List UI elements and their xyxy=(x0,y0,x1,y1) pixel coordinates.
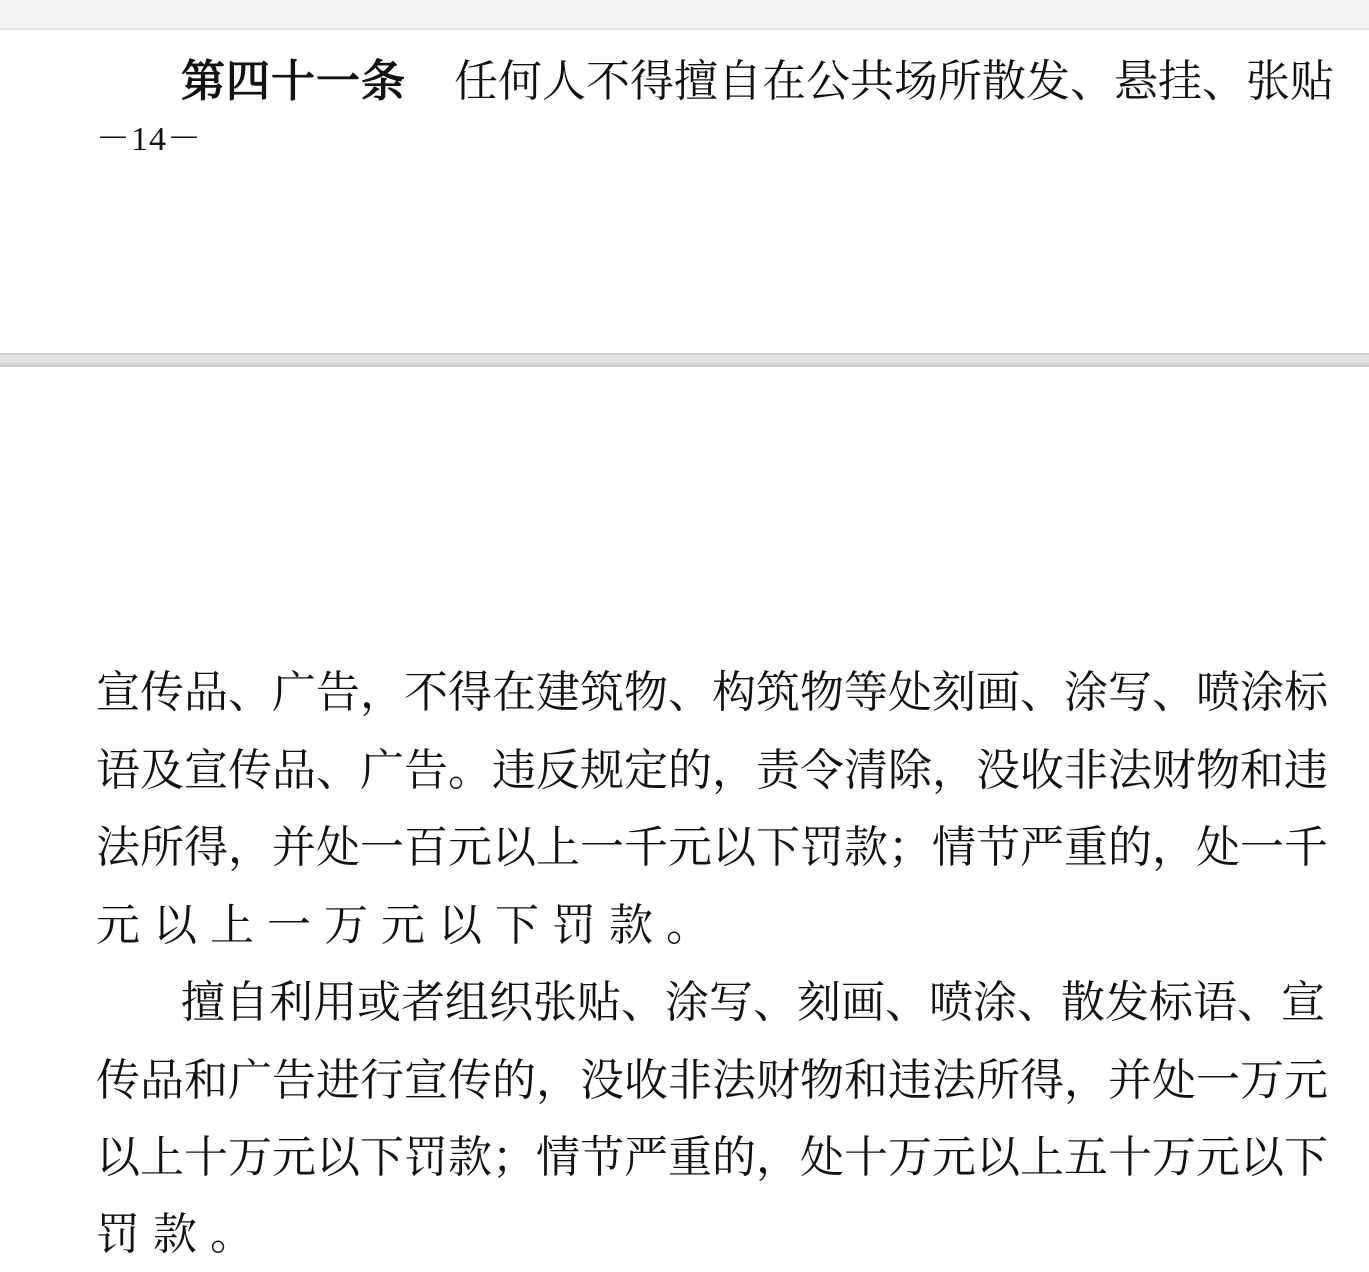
article-heading-line: 第四十一条 任何人不得擅自在公共场所散发、悬挂、张贴 xyxy=(181,52,1302,112)
paragraph-1-line-3: 法所得，并处一百元以上一千元以下罚款；情节严重的，处一千 xyxy=(96,818,1302,878)
document-page-next: 宣传品、广告，不得在建筑物、构筑物等处刻画、涂写、喷涂标 语及宣传品、广告。违反… xyxy=(0,367,1369,1272)
paragraph-2-line-4: 罚款。 xyxy=(96,1205,1302,1265)
paragraph-2-line-1: 擅自利用或者组织张贴、涂写、刻画、喷涂、散发标语、宣 xyxy=(181,973,1302,1033)
paragraph-1-line-2: 语及宣传品、广告。违反规定的，责令清除，没收非法财物和违 xyxy=(96,741,1302,801)
article-number: 第四十一条 xyxy=(181,52,406,112)
paragraph-2-line-3: 以上十万元以下罚款；情节严重的，处十万元以上五十万元以下 xyxy=(96,1128,1302,1188)
paragraph-2-line-2: 传品和广告进行宣传的，没收非法财物和违法所得，并处一万元 xyxy=(96,1051,1302,1111)
page-separator xyxy=(0,353,1369,367)
document-page-previous: 第四十一条 任何人不得擅自在公共场所散发、悬挂、张贴 －14－ xyxy=(0,30,1369,353)
paragraph-1-line-4: 元以上一万元以下罚款。 xyxy=(96,896,1302,956)
paragraph-1-line-1: 宣传品、广告，不得在建筑物、构筑物等处刻画、涂写、喷涂标 xyxy=(96,663,1302,723)
article-text-first-line: 任何人不得擅自在公共场所散发、悬挂、张贴 xyxy=(454,52,1334,112)
viewer-top-bar xyxy=(0,0,1369,30)
page-number: －14－ xyxy=(96,118,202,162)
